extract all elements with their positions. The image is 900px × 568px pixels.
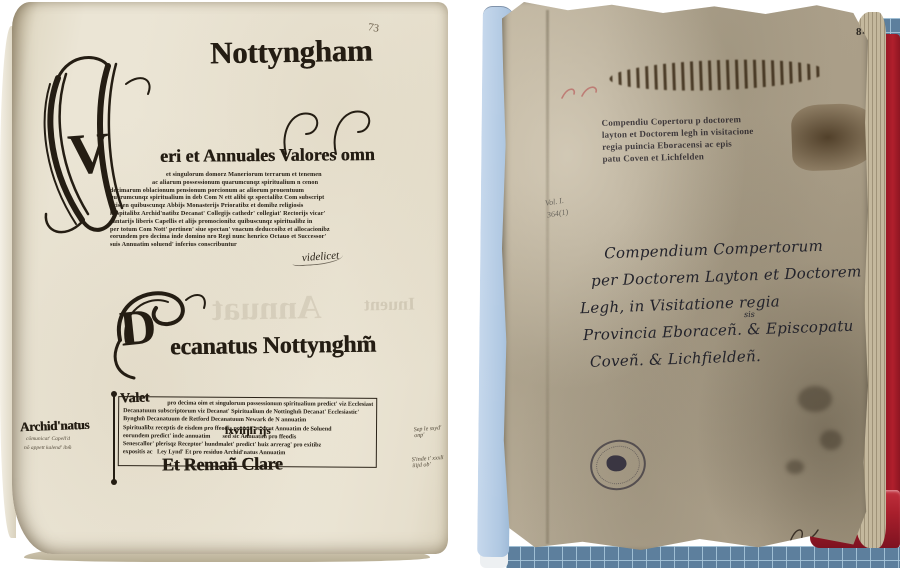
parchment-stain-spot (820, 430, 842, 450)
vellum-page: 73 Nottyngham V (12, 2, 448, 554)
page-title: Nottyngham (210, 33, 373, 72)
parchment-stain-spot (786, 460, 804, 474)
inscription-superscript: sis (744, 310, 755, 319)
margin-note: nõ appett kalend' ibm̃ (24, 445, 71, 451)
manuscript-photo-left: 73 Nottyngham V (0, 0, 455, 568)
paragraph-line: cantarijs liberis Capellis et alijs prom… (110, 218, 436, 226)
manuscript-photo-right: 84 Compendiu Copertoru p doctorem layton… (480, 0, 900, 568)
cursive-title-inscription: Compendium Compertorum per Doctorem Layt… (578, 231, 883, 376)
parchment-crease (546, 10, 549, 544)
et-reman-clare: Et Remañ Clare (162, 453, 283, 475)
paragraph-line: per totum Com Nott' pertinen' siue spect… (110, 226, 436, 234)
stained-title-text: Compendiu Copertoru p doctorem layton et… (601, 111, 822, 165)
margin-side-note: Sep le ssyd' onp' (414, 425, 448, 439)
ink-showthrough: Annuat (212, 289, 322, 329)
margin-note: cõmunicat' Capell'd (26, 436, 70, 442)
paragraph-line: suis Annuatim soluend' inferius conscrib… (110, 241, 436, 249)
latin-paragraph: et singulorum domorz Maneriorum terrarum… (110, 171, 436, 249)
paragraph-line: eorundem pro decima inde domino nro Regi… (110, 233, 436, 241)
videlicet-note: videlicet (292, 249, 344, 267)
margin-archdeaconry-label: Archid'natus (20, 417, 90, 435)
margin-side-note: S'inde t' xxxli iiijd ob' (412, 455, 448, 469)
parchment-stain-spot (798, 386, 832, 412)
deanery-subheading: ecanatus Nottynghm̃ (170, 332, 376, 362)
ink-showthrough: Inuent (364, 294, 415, 316)
margin-bracket-line (113, 394, 115, 482)
subheading-initial-letter: D (117, 296, 159, 357)
heading-line: eri et Annuales Valores omn (160, 144, 375, 167)
paragraph-line: quorumcunqz spiritualium in deb Com N et… (110, 194, 436, 202)
paragraph-line: decimarum oblacionum pensionum porcionum… (110, 187, 436, 195)
pencil-shelfmark: Vol. I. 364(1) (544, 194, 569, 221)
pencil-line: 364(1) (546, 206, 569, 221)
archive-stamp (585, 434, 651, 496)
heading-initial-letter: V (66, 119, 112, 189)
paragraph-line: et singulorum domorz Maneriorum terrarum… (110, 171, 436, 179)
paragraph-line: hospitalibz Archid'natibz Decanat' Colle… (110, 210, 436, 218)
valet-label: Valet (120, 390, 150, 407)
screenshot: 73 Nottyngham V (0, 0, 900, 568)
paragraph-line: existen quibuscunqz Abbijs Monasterijs P… (110, 202, 436, 210)
valet-amount: lxviijli ijs (225, 426, 271, 437)
parchment-page: 84 Compendiu Copertoru p doctorem layton… (502, 2, 868, 550)
cutting-mat (506, 546, 900, 568)
paragraph-line: ac aliarum possessionum quarumcunqz spir… (110, 179, 436, 187)
